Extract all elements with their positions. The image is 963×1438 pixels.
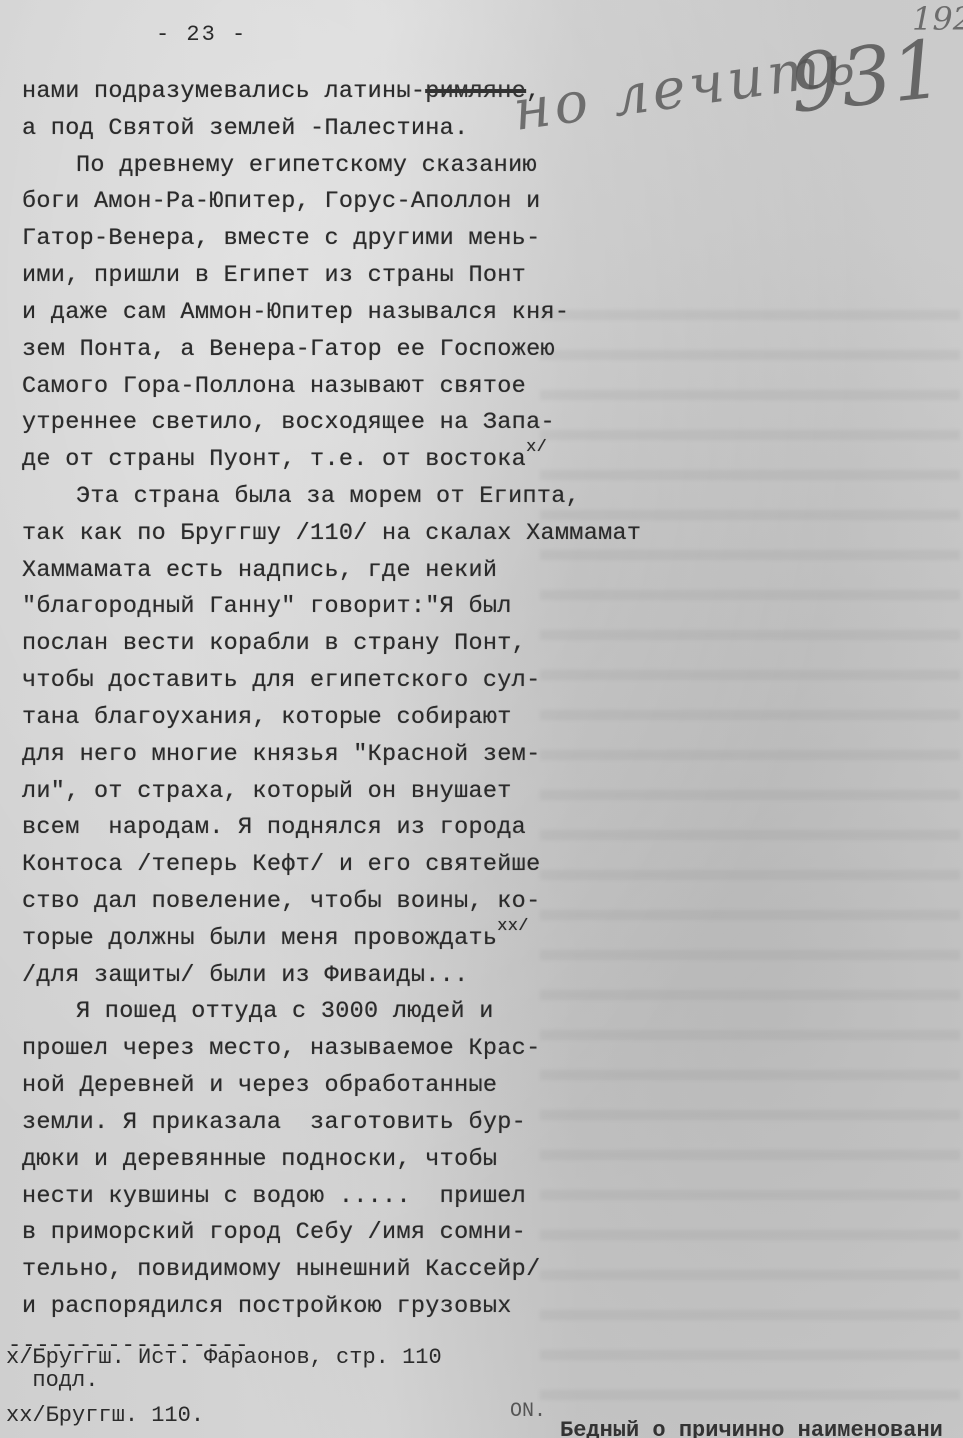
line-text: Я пошед оттуда с 3000 людей и (76, 998, 494, 1025)
line-text: ство дал повеление, чтобы воины, ко- (22, 888, 540, 915)
text-line: утреннее светило, восходящее на Запа- (22, 409, 555, 436)
text-line: а под Святой землей -Палестина. (22, 115, 468, 142)
bleed-through-texture (540, 300, 960, 1400)
line-text: всем народам. Я поднялся из города (22, 814, 526, 841)
line-text: для него многие князья "Красной зем- (22, 741, 540, 768)
text-line: чтобы доставить для египетского сул- (22, 667, 540, 694)
text-line: для него многие князья "Красной зем- (22, 741, 540, 768)
text-line: Хаммамата есть надпись, где некий (22, 557, 497, 584)
text-line: и распорядился постройкою грузовых (22, 1293, 512, 1320)
line-text: тельно, повидимому нынешний Кассейр/ (22, 1256, 540, 1283)
line-text: дюки и деревянные подноски, чтобы (22, 1146, 497, 1173)
line-text: утреннее светило, восходящее на Запа- (22, 409, 555, 436)
text-line: тельно, повидимому нынешний Кассейр/ (22, 1256, 540, 1283)
text-line: и даже сам Аммон-Юпитер назывался кня- (22, 299, 569, 326)
text-line: де от страны Пуонт, т.е. от востоках/ (22, 446, 547, 473)
line-text: чтобы доставить для египетского сул- (22, 667, 540, 694)
handwritten-folio-number: 192 (912, 0, 963, 38)
struck-through-text: римляне (425, 78, 526, 105)
line-text: Гатор-Венера, вместе с другими мень- (22, 225, 540, 252)
footnote-2: хх/Бруггш. 110. (6, 1403, 204, 1428)
text-line: послан вести корабли в страну Понт, (22, 630, 526, 657)
line-text: и даже сам Аммон-Юпитер назывался кня- (22, 299, 569, 326)
text-line: боги Амон-Ра-Юпитер, Горус-Аполлон и (22, 188, 540, 215)
text-line: ство дал повеление, чтобы воины, ко- (22, 888, 540, 915)
footnote-1: х/Бруггш. Ист. Фараонов, стр. 110 (6, 1345, 442, 1370)
footnote-marker: х/ (526, 438, 547, 457)
document-page: - 23 - но лечить 931 192 нами подразумев… (0, 0, 963, 1438)
text-line: в приморский город Себу /имя сомни- (22, 1219, 526, 1246)
footnote-marker: хх/ (497, 917, 529, 936)
line-text: прошел через место, называемое Крас- (22, 1035, 540, 1062)
text-line: земли. Я приказала заготовить бур- (22, 1109, 526, 1136)
text-line: Контоса /теперь Кефт/ и его святейше (22, 851, 540, 878)
line-text: боги Амон-Ра-Юпитер, Горус-Аполлон и (22, 188, 540, 215)
line-punctuation: , (526, 78, 540, 105)
line-text: а под Святой землей -Палестина. (22, 115, 468, 142)
line-text: нами подразумевались латины- (22, 78, 425, 105)
line-text: тана благоухания, которые собирают (22, 704, 512, 731)
line-text: торые должны были меня провождать (22, 925, 497, 952)
line-text: зем Понта, а Венера-Гатор ее Госпожею (22, 336, 555, 363)
line-text: ими, пришли в Египет из страны Понт (22, 262, 526, 289)
line-text: так как по Бруггшу /110/ на скалах Хамма… (22, 520, 641, 547)
text-line: Самого Гора-Поллона называют святое (22, 373, 526, 400)
text-line: зем Понта, а Венера-Гатор ее Госпожею (22, 336, 555, 363)
line-text: Хаммамата есть надпись, где некий (22, 557, 497, 584)
page-number: - 23 - (156, 22, 247, 47)
text-line: прошел через место, называемое Крас- (22, 1035, 540, 1062)
text-line: дюки и деревянные подноски, чтобы (22, 1146, 497, 1173)
line-text: нести кувшины с водою ..... пришел (22, 1183, 526, 1210)
text-line: нести кувшины с водою ..... пришел (22, 1183, 526, 1210)
line-text: ной Деревней и через обработанные (22, 1072, 497, 1099)
line-text: ли", от страха, который он внушает (22, 778, 512, 805)
text-line: Эта страна была за морем от Египта, (76, 483, 580, 510)
line-text: Контоса /теперь Кефт/ и его святейше (22, 851, 540, 878)
text-line: /для защиты/ были из Фиваиды... (22, 962, 468, 989)
text-line: тана благоухания, которые собирают (22, 704, 512, 731)
line-text: /для защиты/ были из Фиваиды... (22, 962, 468, 989)
line-text: Самого Гора-Поллона называют святое (22, 373, 526, 400)
text-line: торые должны были меня провождатьхх/ (22, 925, 529, 952)
text-line: всем народам. Я поднялся из города (22, 814, 526, 841)
bleed-through-mark: ON. (510, 1400, 546, 1423)
text-line: ли", от страха, который он внушает (22, 778, 512, 805)
line-text: послан вести корабли в страну Понт, (22, 630, 526, 657)
text-line: По древнему египетскому сказанию (76, 152, 537, 179)
line-text: "благородный Ганну" говорит:"Я был (22, 593, 512, 620)
line-text: де от страны Пуонт, т.е. от востока (22, 446, 526, 473)
line-text: земли. Я приказала заготовить бур- (22, 1109, 526, 1136)
text-line: Гатор-Венера, вместе с другими мень- (22, 225, 540, 252)
text-line: нами подразумевались латины-римляне, (22, 78, 541, 105)
text-line: Я пошед оттуда с 3000 людей и (76, 998, 494, 1025)
line-text: По древнему египетскому сказанию (76, 152, 537, 179)
text-line: "благородный Ганну" говорит:"Я был (22, 593, 512, 620)
text-line: так как по Бруггшу /110/ на скалах Хамма… (22, 520, 641, 547)
text-line: ими, пришли в Египет из страны Понт (22, 262, 526, 289)
line-text: Эта страна была за морем от Египта, (76, 483, 580, 510)
bleed-through-bottom-text: Бедный о причинно наименовани (560, 1418, 943, 1438)
handwritten-archive-number: 931 (786, 22, 948, 130)
line-text: в приморский город Себу /имя сомни- (22, 1219, 526, 1246)
line-text: и распорядился постройкою грузовых (22, 1293, 512, 1320)
text-line: ной Деревней и через обработанные (22, 1072, 497, 1099)
footnote-1-continuation: подл. (6, 1368, 98, 1393)
